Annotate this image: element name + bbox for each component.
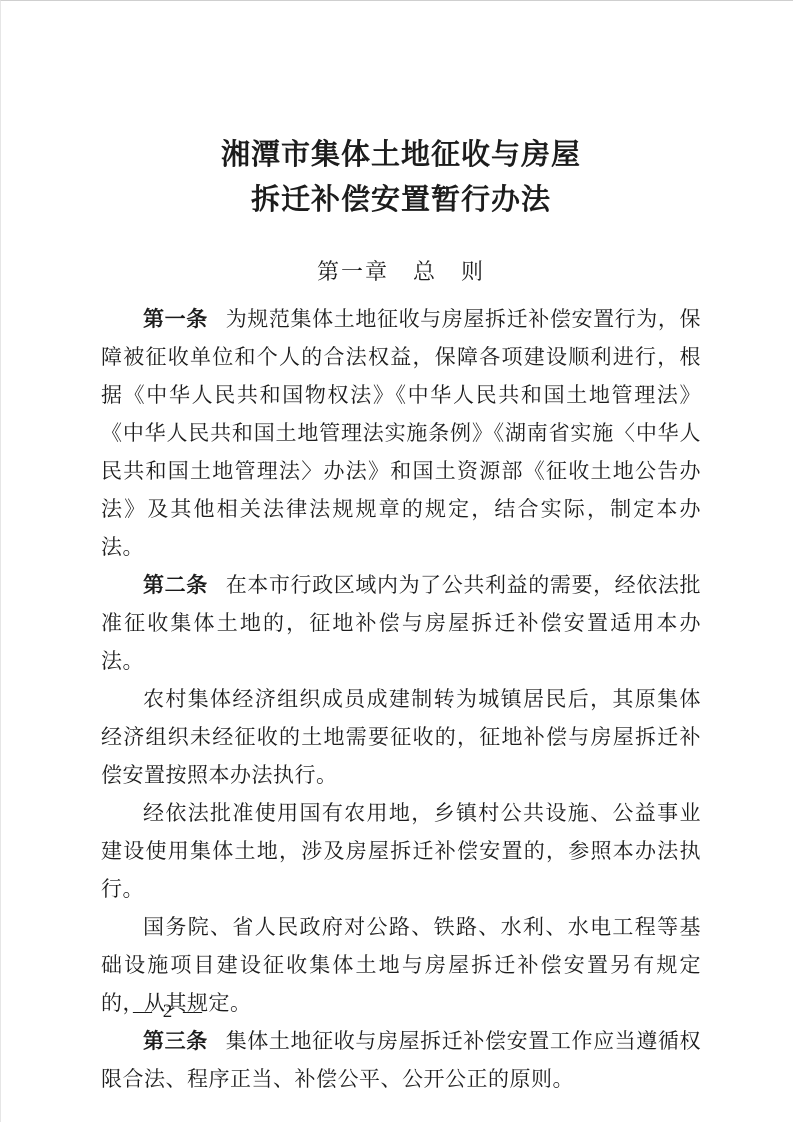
paragraph-text: 经依法批准使用国有农用地，乡镇村公共设施、公益事业建设使用集体土地，涉及房屋拆迁… — [101, 801, 701, 901]
document-title-line-2: 拆迁补偿安置暂行办法 — [101, 178, 701, 223]
document-title: 湘潭市集体土地征收与房屋 拆迁补偿安置暂行办法 — [101, 133, 701, 223]
document-body: 第一条为规范集体土地征收与房屋拆迁补偿安置行为，保障被征收单位和个人的合法权益，… — [101, 300, 701, 1098]
paragraph: 经依法批准使用国有农用地，乡镇村公共设施、公益事业建设使用集体土地，涉及房屋拆迁… — [101, 794, 701, 908]
document-page: 湘潭市集体土地征收与房屋 拆迁补偿安置暂行办法 第一章 总 则 第一条为规范集体… — [0, 0, 793, 1122]
chapter-heading: 第一章 总 则 — [101, 256, 701, 288]
document-title-line-1: 湘潭市集体土地征收与房屋 — [101, 133, 701, 178]
page-content: 湘潭市集体土地征收与房屋 拆迁补偿安置暂行办法 第一章 总 则 第一条为规范集体… — [101, 1, 701, 1098]
article-lead: 第一条 — [143, 307, 208, 331]
paragraph-article-1: 第一条为规范集体土地征收与房屋拆迁补偿安置行为，保障被征收单位和个人的合法权益，… — [101, 300, 701, 566]
article-lead: 第二条 — [143, 573, 208, 597]
paragraph: 农村集体经济组织成员成建制转为城镇居民后，其原集体经济组织未经征收的土地需要征收… — [101, 680, 701, 794]
paragraph-text: 国务院、省人民政府对公路、铁路、水利、水电工程等基础设施项目建设征收集体土地与房… — [101, 915, 701, 1015]
paragraph-article-2: 第二条在本市行政区域内为了公共利益的需要，经依法批准征收集体土地的，征地补偿与房… — [101, 566, 701, 680]
paragraph-text: 农村集体经济组织成员成建制转为城镇居民后，其原集体经济组织未经征收的土地需要征收… — [101, 687, 701, 787]
paragraph-article-3: 第三条集体土地征收与房屋拆迁补偿安置工作应当遵循权限合法、程序正当、补偿公平、公… — [101, 1022, 701, 1098]
paragraph-text: 为规范集体土地征收与房屋拆迁补偿安置行为，保障被征收单位和个人的合法权益，保障各… — [101, 307, 701, 559]
page-number: — 2 — — [133, 1001, 205, 1023]
article-lead: 第三条 — [143, 1029, 208, 1053]
